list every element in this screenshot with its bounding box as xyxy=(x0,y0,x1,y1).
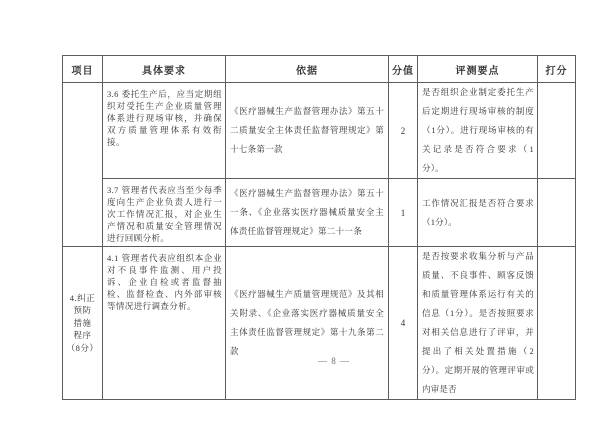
header-basis: 依据 xyxy=(226,56,389,83)
mark-cell-empty xyxy=(538,179,576,247)
table-header-row: 项目 具体要求 依据 分值 评测要点 打分 xyxy=(63,56,576,83)
basis-cell: 《医疗器械生产监督管理办法》第五十一条、《企业落实医疗器械质量安全主体责任监督管… xyxy=(226,179,389,247)
score-cell: 2 xyxy=(389,83,418,179)
table-row: 4.纠正 预防 措施 程序 （8分） 4.1 管理者代表应组织本企业对不良事件监… xyxy=(63,247,576,400)
basis-cell: 《医疗器械生产质量管理规范》及其相关附录、《企业落实医疗器械质量安全主体责任监督… xyxy=(226,247,389,400)
item-cell-continued xyxy=(63,83,103,247)
requirement-cell: 4.1 管理者代表应组织本企业对不良事件监测、用户投诉、企业自检或者监督抽检、监… xyxy=(103,247,226,400)
points-cell: 工作情况汇报是否符合要求（1分）。 xyxy=(418,179,538,247)
requirement-cell: 3.7 管理者代表应当至少每季度向生产企业负责人进行一次工作情况汇报，对企业生产… xyxy=(103,179,226,247)
points-cell: 是否按要求收集分析与产品质量、不良事件、顾客反馈和质量管理体系运行有关的信息（1… xyxy=(418,247,538,400)
mark-cell-empty xyxy=(538,83,576,179)
score-cell: 1 xyxy=(389,179,418,247)
header-requirement: 具体要求 xyxy=(103,56,226,83)
requirement-cell: 3.6 委托生产后，应当定期组织对受托生产企业质量管理体系进行现场审核，并确保双… xyxy=(103,83,226,179)
header-mark: 打分 xyxy=(538,56,576,83)
points-cell: 是否组织企业制定委托生产后定期进行现场审核的制度（1分）。进行现场审核的有关记录… xyxy=(418,83,538,179)
table-row: 3.6 委托生产后，应当定期组织对受托生产企业质量管理体系进行现场审核，并确保双… xyxy=(63,83,576,179)
header-points: 评测要点 xyxy=(418,56,538,83)
item-cell: 4.纠正 预防 措施 程序 （8分） xyxy=(63,247,103,400)
header-score: 分值 xyxy=(389,56,418,83)
mark-cell-empty xyxy=(538,247,576,400)
score-cell: 4 xyxy=(389,247,418,400)
basis-cell: 《医疗器械生产监督管理办法》第五十二质量安全主体责任监督管理规定》第十七条第一款 xyxy=(226,83,389,179)
evaluation-score-table: 项目 具体要求 依据 分值 评测要点 打分 3.6 委托生产后，应当定期组织对受… xyxy=(62,55,576,400)
page-number: — 8 — xyxy=(318,356,350,366)
table-row: 3.7 管理者代表应当至少每季度向生产企业负责人进行一次工作情况汇报，对企业生产… xyxy=(63,179,576,247)
scanned-document-page: 项目 具体要求 依据 分值 评测要点 打分 3.6 委托生产后，应当定期组织对受… xyxy=(0,0,600,423)
header-item: 项目 xyxy=(63,56,103,83)
